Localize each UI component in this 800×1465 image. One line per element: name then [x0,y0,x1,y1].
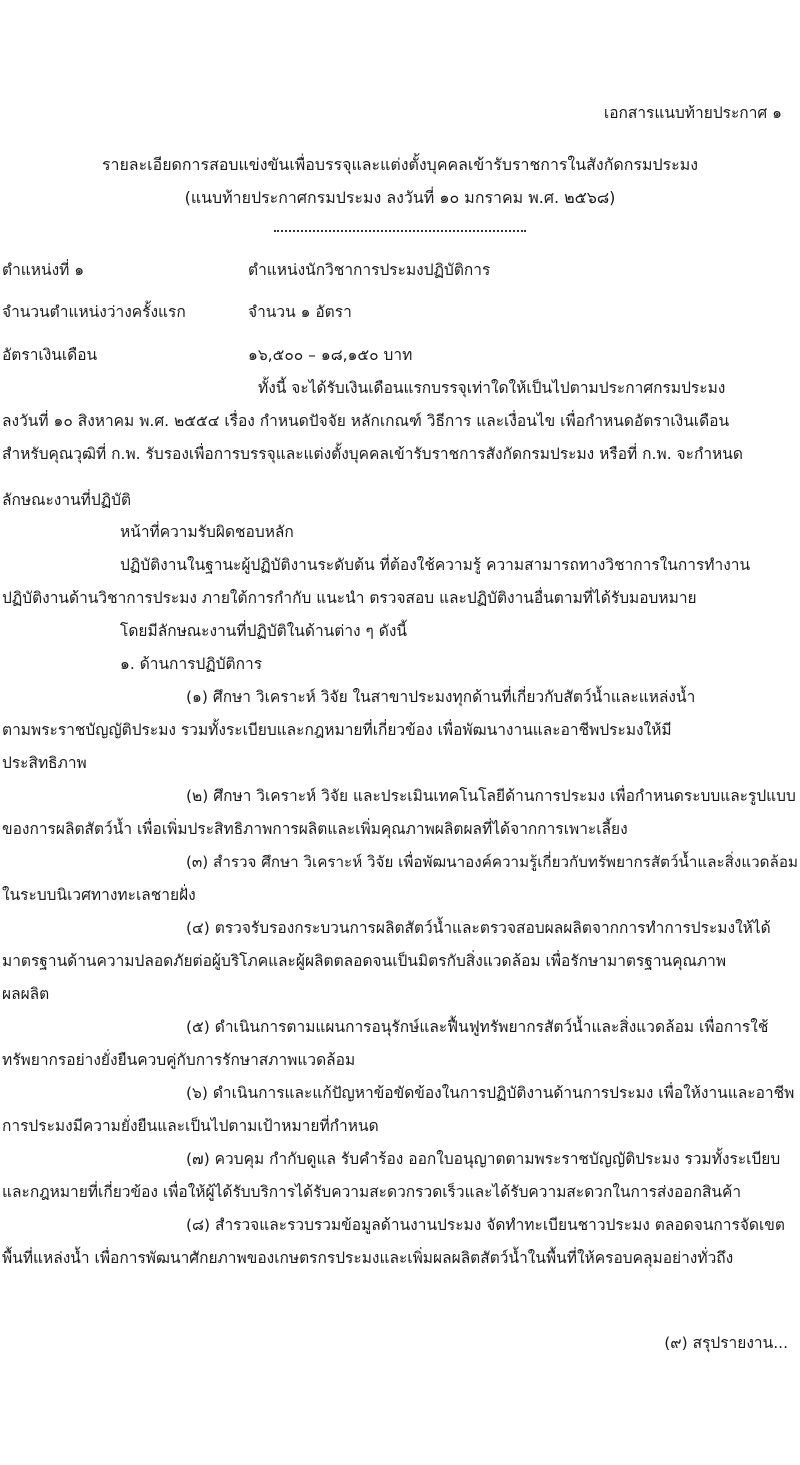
dotted-divider [274,230,526,232]
main-duty-heading: หน้าที่ความรับผิดชอบหลัก [120,522,294,542]
main-duty-line: ปฏิบัติงานด้านวิชาการประมง ภายใต้การกำกั… [2,588,697,608]
section-heading: ๑. ด้านการปฏิบัติการ [120,654,262,674]
main-duty-line: ปฏิบัติงานในฐานะผู้ปฏิบัติงานระดับต้น ที… [120,555,750,575]
document-subtitle: (แนบท้ายประกาศกรมประมง ลงวันที่ ๑๐ มกราค… [0,188,800,208]
vacancy-value: จำนวน ๑ อัตรา [248,302,352,322]
salary-note-line: ทั้งนี้ จะได้รับเงินเดือนแรกบรรจุเท่าใดใ… [258,378,725,398]
duty-item-1-cont: ตามพระราชบัญญัติประมง รวมทั้งระเบียบและก… [2,720,672,740]
duty-item-4: (๔) ตรวจรับรองกระบวนการผลิตสัตว์น้ำและตร… [186,918,771,938]
document-title: รายละเอียดการสอบแข่งขันเพื่อบรรจุและแต่ง… [0,155,800,175]
salary-value: ๑๖,๕๐๐ – ๑๘,๑๕๐ บาท [248,345,412,365]
duty-item-1: (๑) ศึกษา วิเคราะห์ วิจัย ในสาขาประมงทุก… [186,687,695,707]
duty-item-7-cont: และกฎหมายที่เกี่ยวข้อง เพื่อให้ผู้ได้รับ… [2,1182,741,1202]
duty-item-6: (๖) ดำเนินการและแก้ปัญหาข้อขัดข้องในการป… [186,1083,794,1103]
duty-item-3-cont: ในระบบนิเวศทางทะเลชายฝั่ง [2,885,196,905]
salary-note-line: ลงวันที่ ๑๐ สิงหาคม พ.ศ. ๒๕๕๔ เรื่อง กำห… [2,411,729,431]
duties-intro: โดยมีลักษณะงานที่ปฏิบัติในด้านต่าง ๆ ดัง… [120,621,407,641]
duty-item-8-cont: พื้นที่แหล่งน้ำ เพื่อการพัฒนาศักยภาพของเ… [2,1248,733,1268]
duty-item-5: (๕) ดำเนินการตามแผนการอนุรักษ์และฟื้นฟูท… [186,1017,768,1037]
duty-item-3: (๓) สำรวจ ศึกษา วิเคราะห์ วิจัย เพื่อพัฒ… [186,852,798,872]
duty-item-6-cont: การประมงมีความยั่งยืนและเป็นไปตามเป้าหมา… [2,1116,379,1136]
duty-item-2: (๒) ศึกษา วิเคราะห์ วิจัย และประเมินเทคโ… [186,786,796,806]
duty-item-5-cont: ทรัพยากรอย่างยั่งยืนควบคู่กับการรักษาสภา… [2,1050,355,1070]
duty-item-4-cont: มาตรฐานด้านความปลอดภัยต่อผู้บริโภคและผู้… [2,951,726,971]
document-page: เอกสารแนบท้ายประกาศ ๑ รายละเอียดการสอบแข… [0,0,800,1465]
salary-label: อัตราเงินเดือน [2,345,97,365]
duty-item-1-cont: ประสิทธิภาพ [2,753,87,773]
duty-item-7: (๗) ควบคุม กำกับดูแล รับคำร้อง ออกใบอนุญ… [186,1149,780,1169]
duty-item-4-cont: ผลผลิต [2,984,49,1004]
attachment-label: เอกสารแนบท้ายประกาศ ๑ [604,103,782,123]
job-description-heading: ลักษณะงานที่ปฏิบัติ [2,490,131,510]
continuation-note: (๙) สรุปรายงาน... [664,1333,788,1353]
salary-note-line: สำหรับคุณวุฒิที่ ก.พ. รับรองเพื่อการบรรจ… [2,444,743,464]
position-title: ตำแหน่งนักวิชาการประมงปฏิบัติการ [248,260,490,280]
duty-item-8: (๘) สำรวจและรวบรวมข้อมูลด้านงานประมง จัด… [186,1215,785,1235]
duty-item-2-cont: ของการผลิตสัตว์น้ำ เพื่อเพิ่มประสิทธิภาพ… [2,819,628,839]
vacancy-label: จำนวนตำแหน่งว่างครั้งแรก [2,302,186,322]
position-number-label: ตำแหน่งที่ ๑ [2,260,84,280]
